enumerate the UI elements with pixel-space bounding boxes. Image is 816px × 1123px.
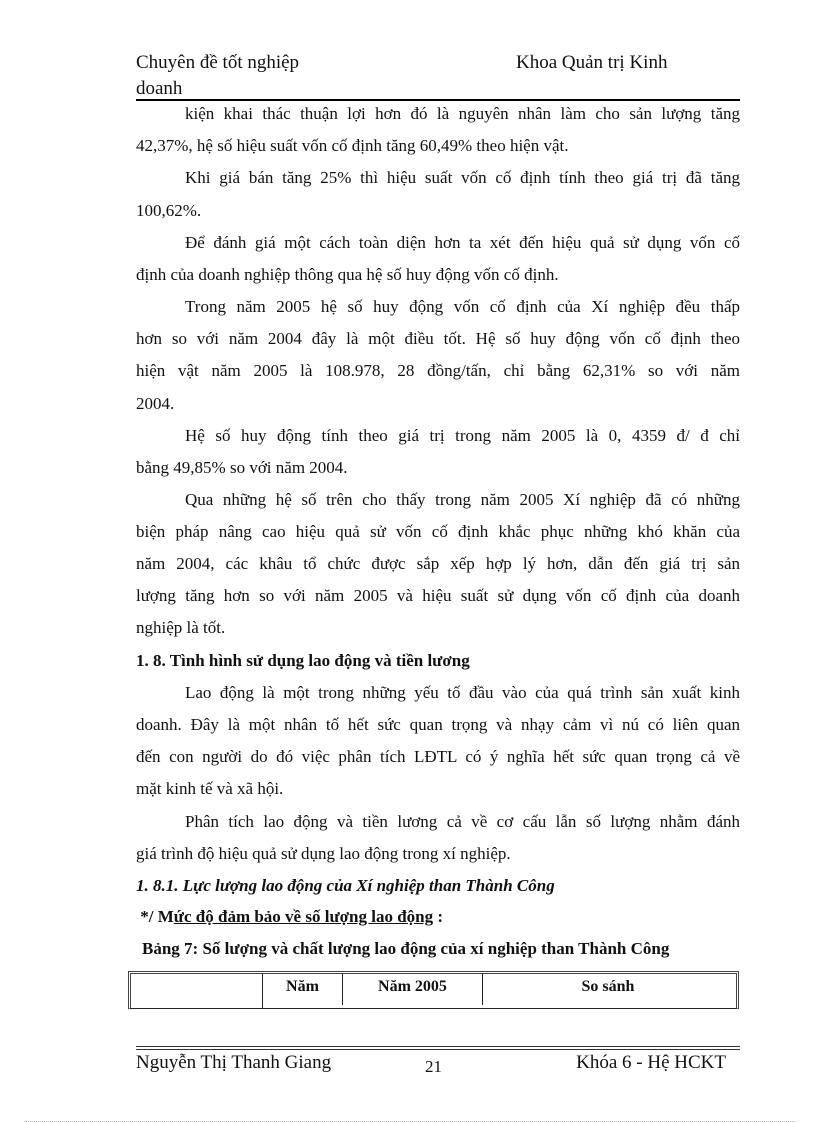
text-line: đến con người do đó việc phân tích LĐTL …	[136, 746, 740, 768]
subheading: */ Mức độ đảm bảo về số lượng lao động :	[136, 906, 443, 928]
table-header-cell: So sánh	[483, 974, 733, 1005]
text-line: Lao động là một trong những yếu tố đầu v…	[136, 682, 740, 704]
subheading-suffix: :	[433, 907, 443, 926]
footer-divider	[136, 1046, 740, 1047]
text-line: Trong năm 2005 hệ số huy động vốn cố địn…	[136, 296, 740, 318]
text-line: Khi giá bán tăng 25% thì hiệu suất vốn c…	[136, 167, 740, 189]
table-header-cell	[131, 974, 262, 1005]
text-line: 100,62%.	[136, 200, 201, 222]
text-line: 2004.	[136, 393, 174, 415]
text-line: hơn so với năm 2004 đây là một điều tốt.…	[136, 328, 740, 350]
table-caption: Bảng 7: Số lượng và chất lượng lao động …	[142, 938, 669, 960]
text-line: 42,37%, hệ số hiệu suất vốn cố định tăng…	[136, 135, 568, 157]
section-heading: 1. 8. Tình hình sử dụng lao động và tiền…	[136, 650, 470, 672]
header-divider	[136, 99, 740, 101]
text-line: biện pháp nâng cao hiệu quả sử vốn cố đị…	[136, 521, 740, 543]
table-header-cell: Năm	[263, 974, 342, 1005]
page-number: 21	[425, 1054, 442, 1080]
text-line: giá trình độ hiệu quả sử dụng lao động t…	[136, 843, 511, 865]
text-line: Qua những hệ số trên cho thấy trong năm …	[136, 489, 740, 511]
header-right-title: Khoa Quản trị Kinh	[516, 50, 667, 76]
subheading-prefix: */ M	[136, 907, 174, 926]
text-line: bằng 49,85% so với năm 2004.	[136, 457, 348, 479]
labor-table: Năm Năm 2005 So sánh	[128, 971, 737, 1011]
footer-course: Khóa 6 - Hệ HCKT	[576, 1050, 726, 1076]
text-line: Để đánh giá một cách toàn diện hơn ta xé…	[136, 232, 740, 254]
table-header-cell: Năm 2005	[343, 974, 482, 1005]
section-heading: 1. 8.1. Lực lượng lao động của Xí nghiệp…	[136, 875, 555, 897]
subheading-underlined: ức độ đảm bảo về số lượng lao động	[174, 907, 433, 926]
text-line: lượng tăng hơn so với năm 2005 và hiệu s…	[136, 585, 740, 607]
footer-author: Nguyễn Thị Thanh Giang	[136, 1050, 331, 1076]
document-page: Chuyên đề tốt nghiệp Khoa Quản trị Kinh …	[0, 0, 816, 1123]
text-line: nghiệp là tốt.	[136, 617, 225, 639]
text-line: năm 2004, các khâu tổ chức được sắp xếp …	[136, 553, 740, 575]
text-line: hiện vật năm 2005 là 108.978, 28 đồng/tấ…	[136, 360, 740, 382]
text-line: mặt kinh tế và xã hội.	[136, 778, 283, 800]
text-line: Hệ số huy động tính theo giá trị trong n…	[136, 425, 740, 447]
text-line: kiện khai thác thuận lợi hơn đó là nguyê…	[136, 103, 740, 125]
text-line: doanh. Đây là một nhân tố hết sức quan t…	[136, 714, 740, 736]
page-edge	[25, 1121, 795, 1122]
text-line: Phân tích lao động và tiền lương cả về c…	[136, 811, 740, 833]
text-line: định của doanh nghiệp thông qua hệ số hu…	[136, 264, 559, 286]
header-left-title: Chuyên đề tốt nghiệp	[136, 50, 299, 76]
